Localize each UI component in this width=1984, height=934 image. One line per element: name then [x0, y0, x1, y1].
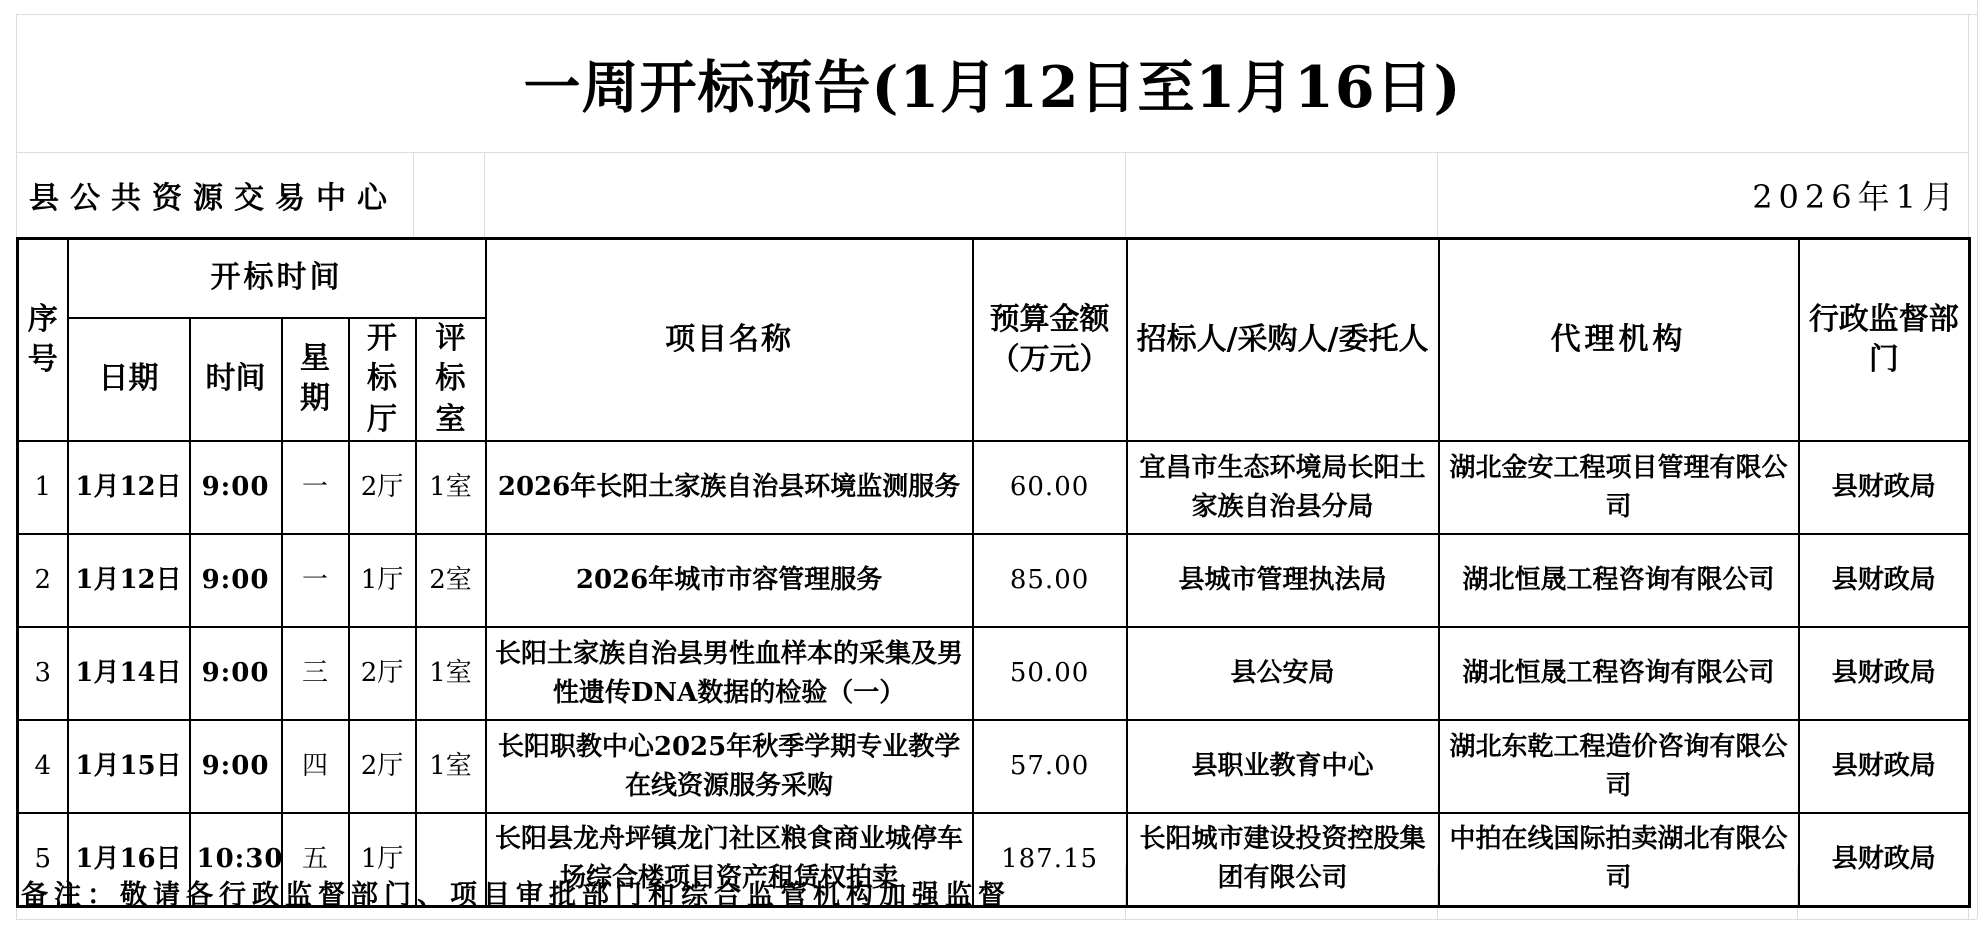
cell-seq: 3: [18, 627, 68, 720]
header-time: 时间: [190, 318, 282, 442]
cell-date: 1月12日: [68, 441, 190, 534]
header-hall: 开标厅: [349, 318, 416, 442]
cell-room: 2室: [416, 534, 486, 627]
footer-row: 备注：敬请各行政监督部门、项目审批部门和综合监管机构加强监督: [17, 865, 1968, 919]
cell-budget: 50.00: [973, 627, 1127, 720]
cell-supervisor: 县财政局: [1799, 627, 1970, 720]
header-agency: 代理机构: [1439, 239, 1799, 442]
cell-room: 1室: [416, 441, 486, 534]
cell-agency: 湖北恒晟工程咨询有限公司: [1439, 534, 1799, 627]
cell-date: 1月14日: [68, 627, 190, 720]
table-row: 1 1月12日 9:00 一 2厅 1室 2026年长阳土家族自治县环境监测服务…: [18, 441, 1970, 534]
cell-date: 1月15日: [68, 720, 190, 813]
cell-hall: 2厅: [349, 441, 416, 534]
cell-room: 1室: [416, 627, 486, 720]
subheader-row: 县公共资源交易中心 2026年1月: [17, 152, 1968, 237]
cell-seq: 1: [18, 441, 68, 534]
cell-seq: 2: [18, 534, 68, 627]
cell-weekday: 一: [282, 534, 349, 627]
cell-hall: 1厅: [349, 534, 416, 627]
header-tenderee: 招标人/采购人/委托人: [1127, 239, 1439, 442]
cell-project: 长阳职教中心2025年秋季学期专业教学在线资源服务采购: [486, 720, 973, 813]
period-label: 2026年1月: [1752, 152, 1960, 237]
table-row: 3 1月14日 9:00 三 2厅 1室 长阳土家族自治县男性血样本的采集及男性…: [18, 627, 1970, 720]
cell-agency: 湖北金安工程项目管理有限公司: [1439, 441, 1799, 534]
header-budget: 预算金额（万元）: [973, 239, 1127, 442]
announcement-sheet: 一周开标预告(1月12日至1月16日) 县公共资源交易中心 2026年1月 序号…: [0, 0, 1984, 934]
header-row-1: 序号 开标时间 项目名称 预算金额（万元） 招标人/采购人/委托人 代理机构 行…: [18, 239, 1970, 318]
cell-weekday: 一: [282, 441, 349, 534]
cell-agency: 湖北东乾工程造价咨询有限公司: [1439, 720, 1799, 813]
cell-budget: 60.00: [973, 441, 1127, 534]
cell-tenderee: 县职业教育中心: [1127, 720, 1439, 813]
cell-room: 1室: [416, 720, 486, 813]
cell-tenderee: 县城市管理执法局: [1127, 534, 1439, 627]
cell-supervisor: 县财政局: [1799, 720, 1970, 813]
title-block: 一周开标预告(1月12日至1月16日): [17, 14, 1968, 152]
gridline: [1977, 0, 1978, 919]
header-seq: 序号: [18, 239, 68, 442]
header-supervisor: 行政监督部门: [1799, 239, 1970, 442]
header-date: 日期: [68, 318, 190, 442]
cell-tenderee: 宜昌市生态环境局长阳土家族自治县分局: [1127, 441, 1439, 534]
cell-date: 1月12日: [68, 534, 190, 627]
cell-time: 9:00: [190, 720, 282, 813]
cell-time: 9:00: [190, 534, 282, 627]
cell-supervisor: 县财政局: [1799, 441, 1970, 534]
gridline: [16, 919, 1977, 920]
header-project: 项目名称: [486, 239, 973, 442]
cell-budget: 85.00: [973, 534, 1127, 627]
organization-name: 县公共资源交易中心: [29, 152, 398, 237]
cell-agency: 湖北恒晟工程咨询有限公司: [1439, 627, 1799, 720]
header-room: 评标室: [416, 318, 486, 442]
cell-supervisor: 县财政局: [1799, 534, 1970, 627]
bid-schedule-table: 序号 开标时间 项目名称 预算金额（万元） 招标人/采购人/委托人 代理机构 行…: [16, 237, 1971, 908]
cell-time: 9:00: [190, 627, 282, 720]
cell-hall: 2厅: [349, 627, 416, 720]
header-bid-time: 开标时间: [68, 239, 486, 318]
cell-budget: 57.00: [973, 720, 1127, 813]
cell-hall: 2厅: [349, 720, 416, 813]
header-weekday: 星期: [282, 318, 349, 442]
table-row: 2 1月12日 9:00 一 1厅 2室 2026年城市市容管理服务 85.00…: [18, 534, 1970, 627]
cell-time: 9:00: [190, 441, 282, 534]
page-title: 一周开标预告(1月12日至1月16日): [524, 42, 1462, 124]
cell-weekday: 四: [282, 720, 349, 813]
cell-project: 长阳土家族自治县男性血样本的采集及男性遗传DNA数据的检验（一）: [486, 627, 973, 720]
table-row: 4 1月15日 9:00 四 2厅 1室 长阳职教中心2025年秋季学期专业教学…: [18, 720, 1970, 813]
cell-seq: 4: [18, 720, 68, 813]
gridline: [1968, 14, 1969, 237]
cell-tenderee: 县公安局: [1127, 627, 1439, 720]
cell-project: 2026年城市市容管理服务: [486, 534, 973, 627]
footer-note: 备注：敬请各行政监督部门、项目审批部门和综合监管机构加强监督: [21, 865, 1011, 919]
cell-project: 2026年长阳土家族自治县环境监测服务: [486, 441, 973, 534]
cell-weekday: 三: [282, 627, 349, 720]
